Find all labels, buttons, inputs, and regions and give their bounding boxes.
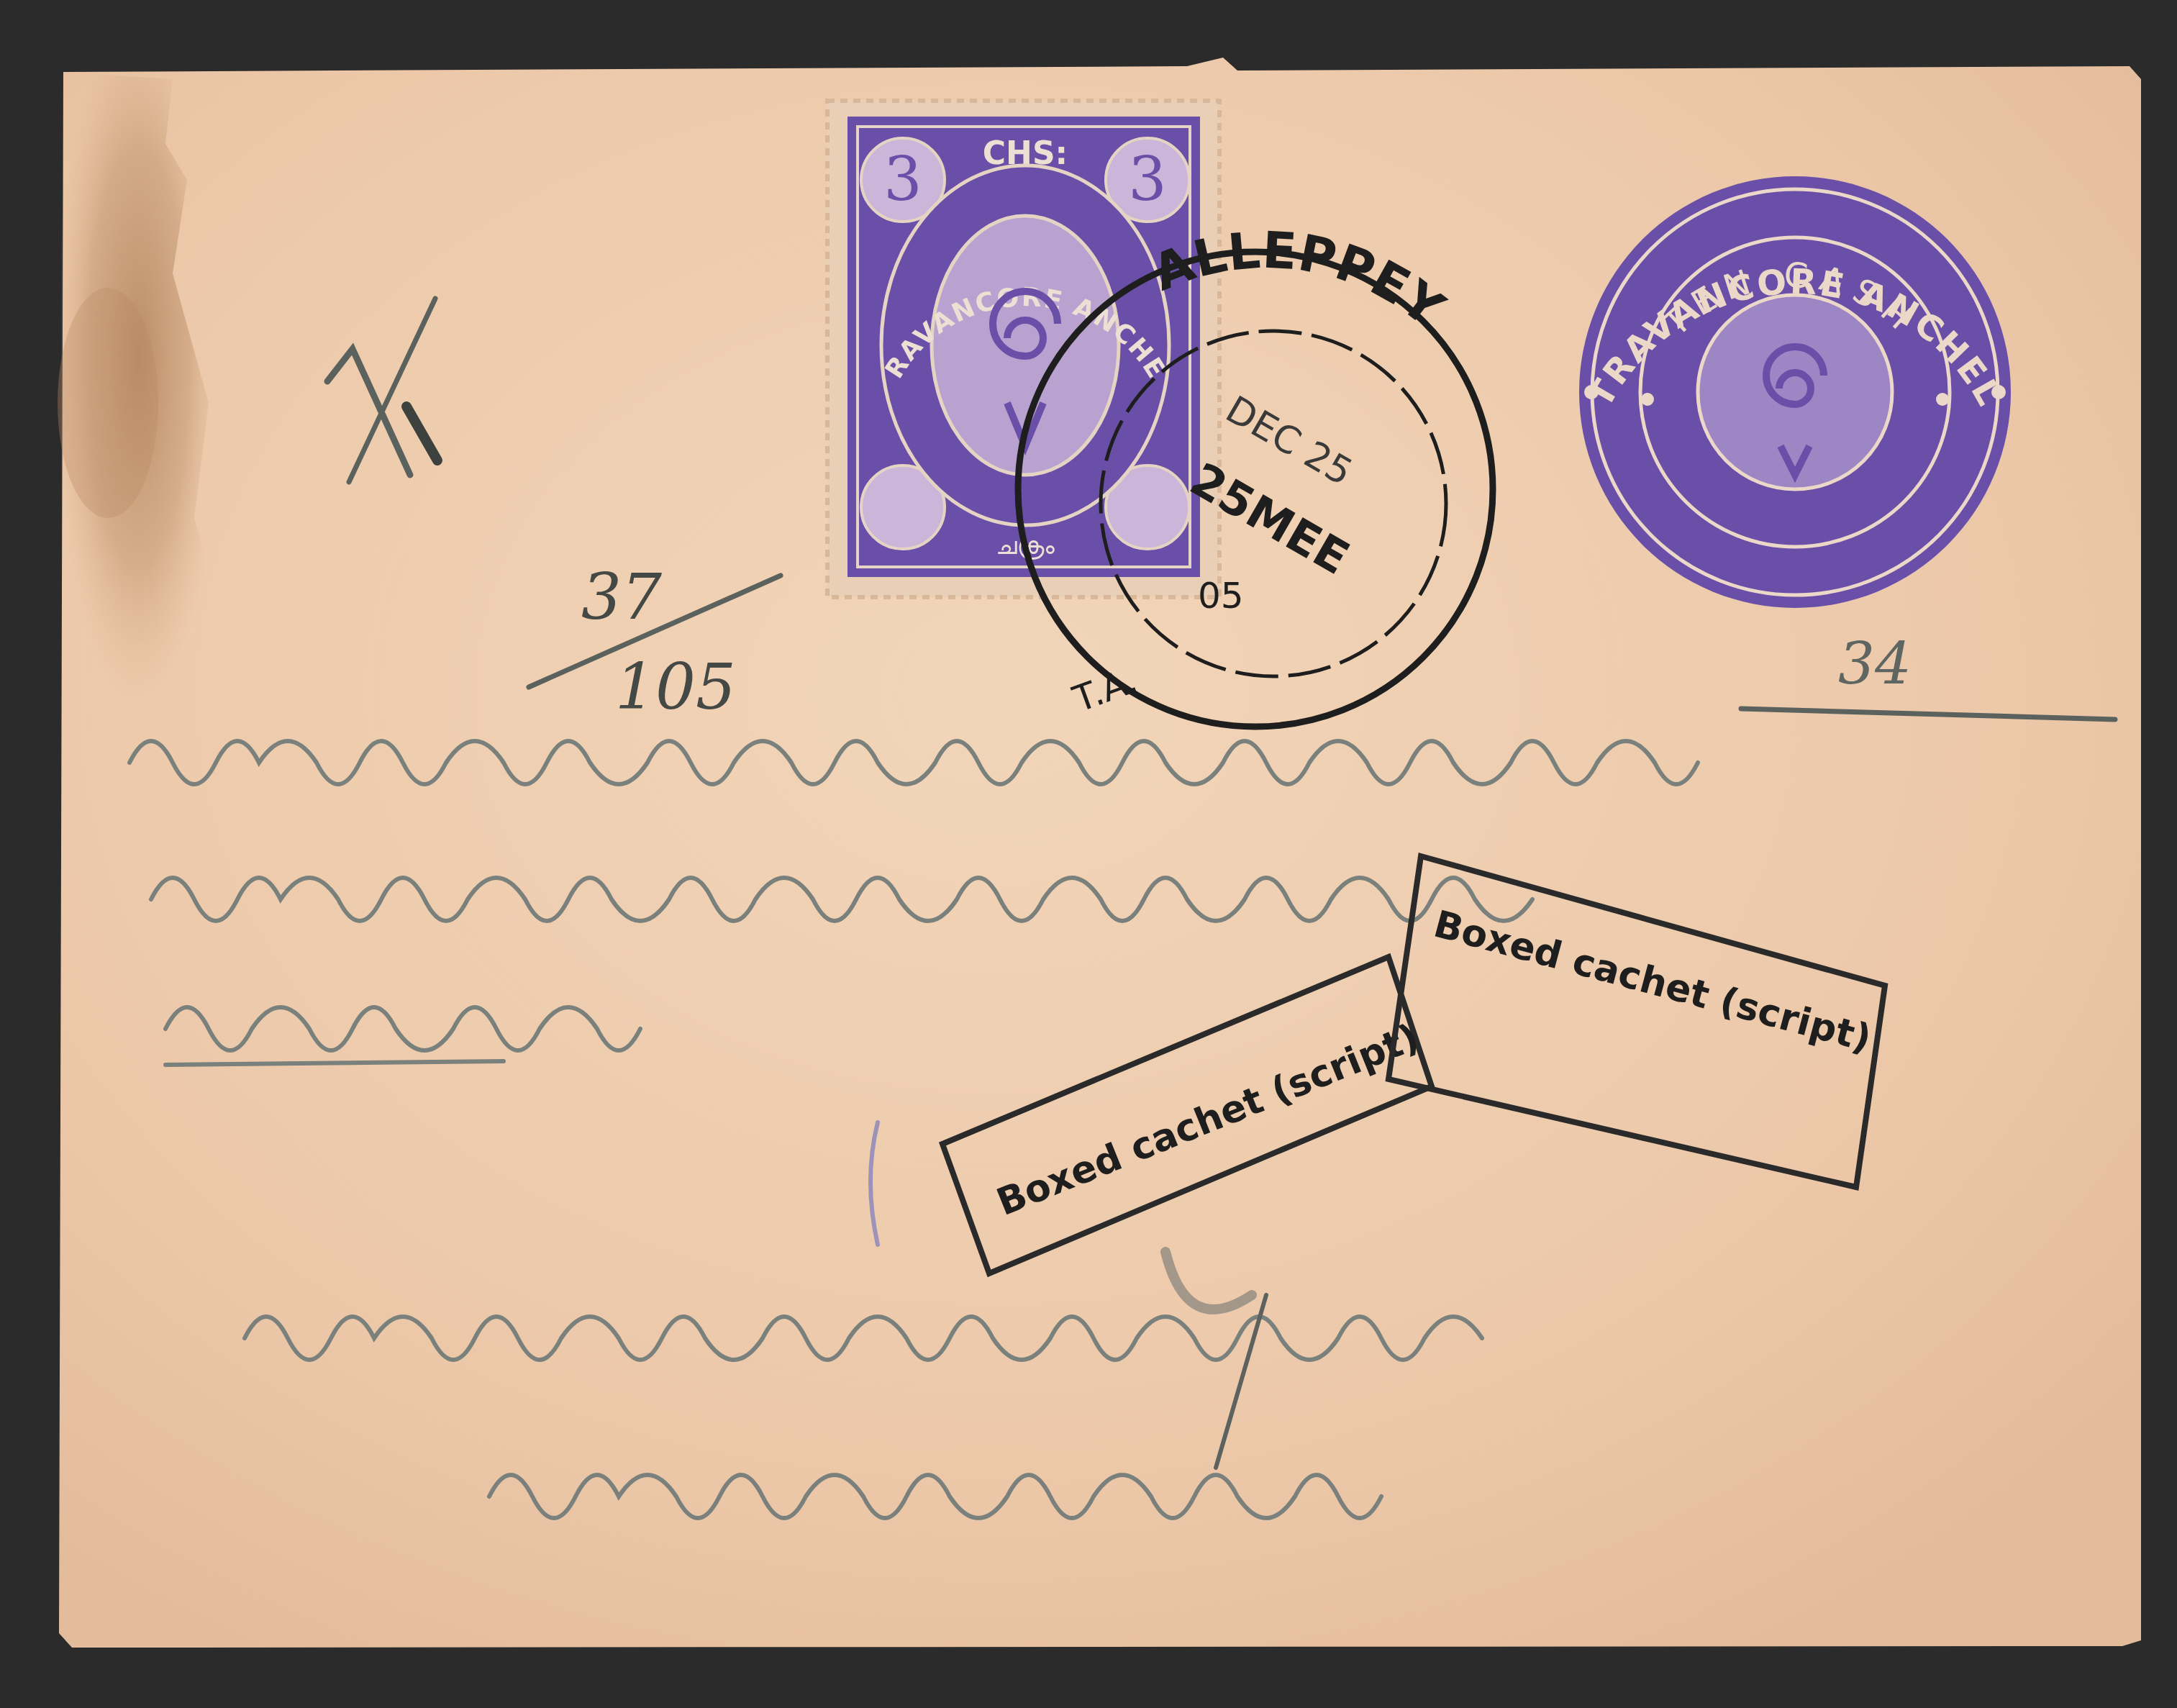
fraction-numerator: 37: [581, 560, 662, 634]
imprinted-stamp: TRAVANCORE ANCHEL TEN CASH: [1579, 176, 2011, 608]
stamp-value-tl: 3: [883, 144, 922, 214]
stamp-value-tr: 3: [1128, 144, 1166, 214]
envelope-photo: 3 3 CHS: TRAVANCORE ANCHEL ചക്രം TRAVANC…: [0, 0, 2177, 1708]
postmark-date-line3: 05: [1198, 575, 1244, 617]
fraction-denominator: 105: [615, 650, 736, 724]
reference-number: 34: [1838, 630, 1912, 697]
